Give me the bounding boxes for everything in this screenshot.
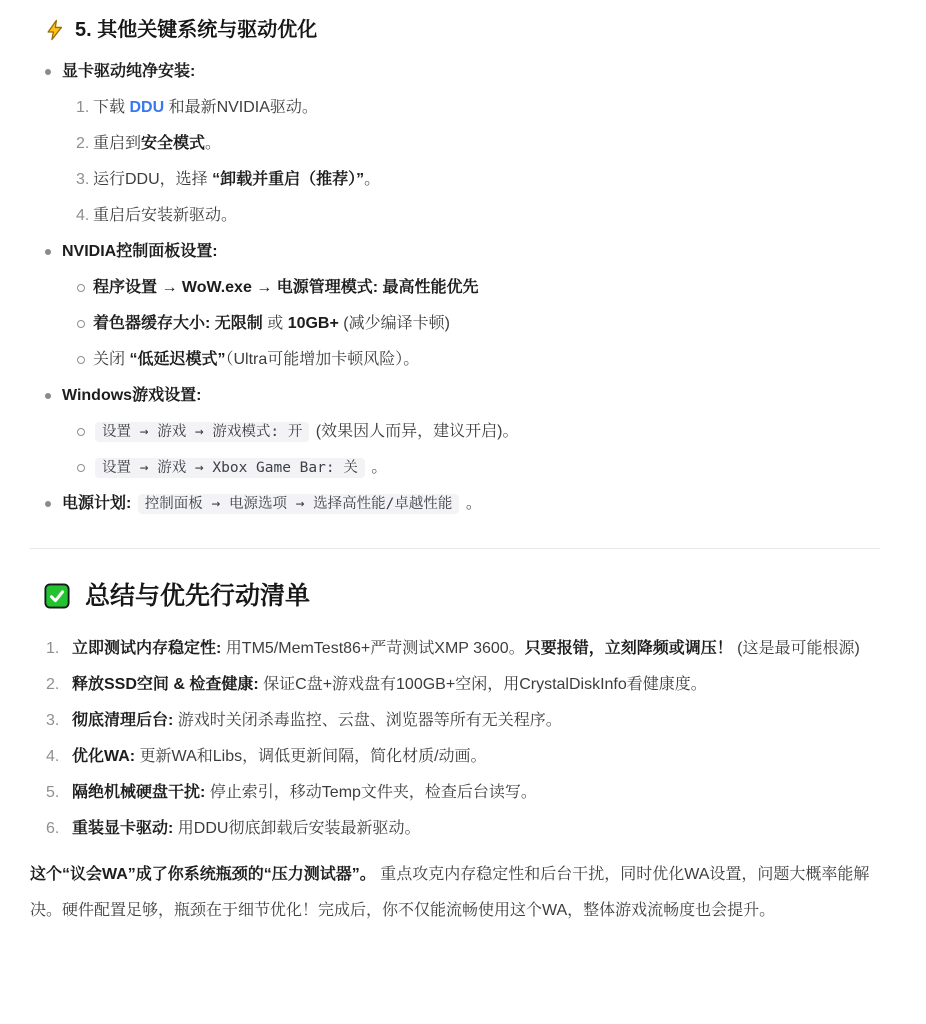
summary-item-text: 彻底清理后台: 游戏时关闭杀毒监控、云盘、浏览器等所有无关程序。	[72, 703, 880, 739]
summary-list: 1.立即测试内存稳定性: 用TM5/MemTest86+严苛测试XMP 3600…	[30, 631, 880, 847]
section-heading-summary: 总结与优先行动清单	[30, 579, 880, 613]
circle-bullet-icon	[77, 320, 85, 328]
sub-list-item-text: 重启到安全模式。	[93, 126, 880, 162]
text-run: (减少编译卡顿)	[339, 315, 450, 332]
text-run: 停止索引，移动Temp文件夹，检查后台读写。	[205, 784, 537, 801]
text-run: 着色器缓存大小: 无限制	[93, 315, 263, 332]
list-item-text: 显卡驱动纯净安装:1.下载 DDU 和最新NVIDIA驱动。2.重启到安全模式。…	[62, 54, 880, 234]
text-run: 这个“议会WA”成了你系统瓶颈的“压力测试器”。	[30, 866, 376, 883]
text-run: 隔绝机械硬盘干扰:	[72, 784, 205, 801]
text-run: 显卡驱动纯净安装:	[62, 63, 195, 80]
section-heading-optimization: 5. 其他关键系统与驱动优化	[30, 16, 880, 44]
text-run: 优化WA:	[72, 748, 135, 765]
text-run: 用DDU彻底卸载后安装最新驱动。	[173, 820, 420, 837]
summary-list-item: 3.彻底清理后台: 游戏时关闭杀毒监控、云盘、浏览器等所有无关程序。	[30, 703, 880, 739]
sub-list: 程序设置 → WoW.exe → 电源管理模式: 最高性能优先着色器缓存大小: …	[62, 270, 880, 378]
text-run: 用TM5/MemTest86+严苛测试XMP 3600。	[221, 640, 524, 657]
text-run: 重启后安装新驱动。	[93, 207, 237, 224]
text-run: 只要报错，立刻降频或调压！	[525, 640, 733, 657]
text-run: （Ultra可能增加卡顿风险）。	[225, 351, 419, 368]
sub-list-item-text: 下载 DDU 和最新NVIDIA驱动。	[93, 90, 880, 126]
text-run: 重启到	[93, 135, 141, 152]
sub-list-item: 着色器缓存大小: 无限制 或 10GB+ (减少编译卡顿)	[62, 306, 880, 342]
list-item-text: Windows游戏设置:设置 → 游戏 → 游戏模式: 开 (效果因人而异，建议…	[62, 378, 880, 486]
list-item-text: 电源计划: 控制面板 → 电源选项 → 选择高性能/卓越性能 。	[62, 486, 880, 522]
number-marker: 1.	[76, 90, 89, 126]
circle-bullet-icon	[77, 428, 85, 436]
number-marker: 6.	[46, 811, 59, 847]
text-run: (效果因人而异，建议开启)。	[311, 423, 518, 440]
text-run: Windows游戏设置:	[62, 387, 201, 404]
bullet-icon	[45, 249, 51, 255]
sub-list-item: 设置 → 游戏 → 游戏模式: 开 (效果因人而异，建议开启)。	[62, 414, 880, 450]
text-run: 运行DDU，选择	[93, 171, 212, 188]
text-run: 电源计划:	[62, 495, 136, 512]
sub-list-item-text: 程序设置 → WoW.exe → 电源管理模式: 最高性能优先	[93, 270, 880, 306]
number-marker: 2.	[76, 126, 89, 162]
text-run: 立即测试内存稳定性:	[72, 640, 221, 657]
sub-list-item: 关闭 “低延迟模式”（Ultra可能增加卡顿风险）。	[62, 342, 880, 378]
ddu-link[interactable]: DDU	[129, 99, 164, 116]
text-run: 释放SSD空间 & 检查健康:	[72, 676, 259, 693]
list-item-text: NVIDIA控制面板设置:程序设置 → WoW.exe → 电源管理模式: 最高…	[62, 234, 880, 378]
text-run: 10GB+	[288, 315, 339, 332]
summary-item-text: 优化WA: 更新WA和Libs，调低更新间隔，简化材质/动画。	[72, 739, 880, 775]
green-check-checkbox-icon	[44, 583, 70, 609]
sub-list-item-text: 着色器缓存大小: 无限制 或 10GB+ (减少编译卡顿)	[93, 306, 880, 342]
section-heading-text: 5. 其他关键系统与驱动优化	[75, 16, 317, 44]
summary-list-item: 6.重装显卡驱动: 用DDU彻底卸载后安装最新驱动。	[30, 811, 880, 847]
text-run: 保证C盘+游戏盘有100GB+空闲，用CrystalDiskInfo看健康度。	[259, 676, 707, 693]
document-page: 5. 其他关键系统与驱动优化 显卡驱动纯净安装:1.下载 DDU 和最新NVID…	[0, 0, 926, 949]
text-run: 。	[364, 171, 380, 188]
inline-code: 控制面板 → 电源选项 → 选择高性能/卓越性能	[138, 494, 460, 514]
summary-item-text: 重装显卡驱动: 用DDU彻底卸载后安装最新驱动。	[72, 811, 880, 847]
sub-list-item: 3.运行DDU，选择 “卸载并重启（推荐）”。	[62, 162, 880, 198]
sub-list: 1.下载 DDU 和最新NVIDIA驱动。2.重启到安全模式。3.运行DDU，选…	[62, 90, 880, 234]
sub-list-item: 设置 → 游戏 → Xbox Game Bar: 关 。	[62, 450, 880, 486]
list-item: NVIDIA控制面板设置:程序设置 → WoW.exe → 电源管理模式: 最高…	[30, 234, 880, 378]
sub-list-item: 2.重启到安全模式。	[62, 126, 880, 162]
inline-code: 设置 → 游戏 → 游戏模式: 开	[95, 422, 309, 442]
text-run: 重装显卡驱动:	[72, 820, 173, 837]
optimization-list: 显卡驱动纯净安装:1.下载 DDU 和最新NVIDIA驱动。2.重启到安全模式。…	[30, 54, 880, 522]
inline-code: 设置 → 游戏 → Xbox Game Bar: 关	[95, 458, 365, 478]
text-run: 。	[367, 459, 387, 476]
sub-list-item: 4.重启后安装新驱动。	[62, 198, 880, 234]
sub-list-item: 程序设置 → WoW.exe → 电源管理模式: 最高性能优先	[62, 270, 880, 306]
summary-item-text: 释放SSD空间 & 检查健康: 保证C盘+游戏盘有100GB+空闲，用Cryst…	[72, 667, 880, 703]
number-marker: 4.	[76, 198, 89, 234]
sub-list-item-text: 运行DDU，选择 “卸载并重启（推荐）”。	[93, 162, 880, 198]
bullet-icon	[45, 501, 51, 507]
sub-list: 设置 → 游戏 → 游戏模式: 开 (效果因人而异，建议开启)。设置 → 游戏 …	[62, 414, 880, 486]
number-marker: 1.	[46, 631, 59, 667]
text-run: 。	[461, 495, 481, 512]
text-run: 程序设置 → WoW.exe → 电源管理模式: 最高性能优先	[93, 279, 479, 296]
text-run: 安全模式	[141, 135, 205, 152]
text-run: 游戏时关闭杀毒监控、云盘、浏览器等所有无关程序。	[173, 712, 561, 729]
text-run: 和最新NVIDIA驱动。	[164, 99, 318, 116]
lightning-bolt-icon	[44, 19, 66, 41]
list-item: 显卡驱动纯净安装:1.下载 DDU 和最新NVIDIA驱动。2.重启到安全模式。…	[30, 54, 880, 234]
number-marker: 4.	[46, 739, 59, 775]
sub-list-item: 1.下载 DDU 和最新NVIDIA驱动。	[62, 90, 880, 126]
circle-bullet-icon	[77, 464, 85, 472]
sub-list-item-text: 关闭 “低延迟模式”（Ultra可能增加卡顿风险）。	[93, 342, 880, 378]
text-run: 或	[263, 315, 288, 332]
closing-paragraph: 这个“议会WA”成了你系统瓶颈的“压力测试器”。 重点攻克内存稳定性和后台干扰，…	[30, 857, 880, 929]
summary-list-item: 1.立即测试内存稳定性: 用TM5/MemTest86+严苛测试XMP 3600…	[30, 631, 880, 667]
circle-bullet-icon	[77, 356, 85, 364]
number-marker: 3.	[46, 703, 59, 739]
summary-item-text: 立即测试内存稳定性: 用TM5/MemTest86+严苛测试XMP 3600。只…	[72, 631, 880, 667]
summary-item-text: 隔绝机械硬盘干扰: 停止索引，移动Temp文件夹，检查后台读写。	[72, 775, 880, 811]
text-run: 下载	[93, 99, 129, 116]
number-marker: 2.	[46, 667, 59, 703]
section-heading-text: 总结与优先行动清单	[85, 579, 310, 613]
sub-list-item-text: 设置 → 游戏 → 游戏模式: 开 (效果因人而异，建议开启)。	[93, 414, 880, 450]
bullet-icon	[45, 393, 51, 399]
number-marker: 5.	[46, 775, 59, 811]
number-marker: 3.	[76, 162, 89, 198]
summary-list-item: 2.释放SSD空间 & 检查健康: 保证C盘+游戏盘有100GB+空闲，用Cry…	[30, 667, 880, 703]
text-run: “低延迟模式”	[129, 351, 225, 368]
text-run: 更新WA和Libs，调低更新间隔，简化材质/动画。	[135, 748, 486, 765]
summary-list-item: 5.隔绝机械硬盘干扰: 停止索引，移动Temp文件夹，检查后台读写。	[30, 775, 880, 811]
text-run: 。	[205, 135, 221, 152]
summary-list-item: 4.优化WA: 更新WA和Libs，调低更新间隔，简化材质/动画。	[30, 739, 880, 775]
bullet-icon	[45, 69, 51, 75]
text-run: “卸载并重启（推荐）”	[212, 171, 364, 188]
list-item: Windows游戏设置:设置 → 游戏 → 游戏模式: 开 (效果因人而异，建议…	[30, 378, 880, 486]
text-run: 彻底清理后台:	[72, 712, 173, 729]
text-run: NVIDIA控制面板设置:	[62, 243, 218, 260]
list-item: 电源计划: 控制面板 → 电源选项 → 选择高性能/卓越性能 。	[30, 486, 880, 522]
section-divider	[30, 548, 880, 549]
text-run: 关闭	[93, 351, 129, 368]
sub-list-item-text: 重启后安装新驱动。	[93, 198, 880, 234]
text-run: (这是最可能根源)	[733, 640, 860, 657]
sub-list-item-text: 设置 → 游戏 → Xbox Game Bar: 关 。	[93, 450, 880, 486]
circle-bullet-icon	[77, 284, 85, 292]
